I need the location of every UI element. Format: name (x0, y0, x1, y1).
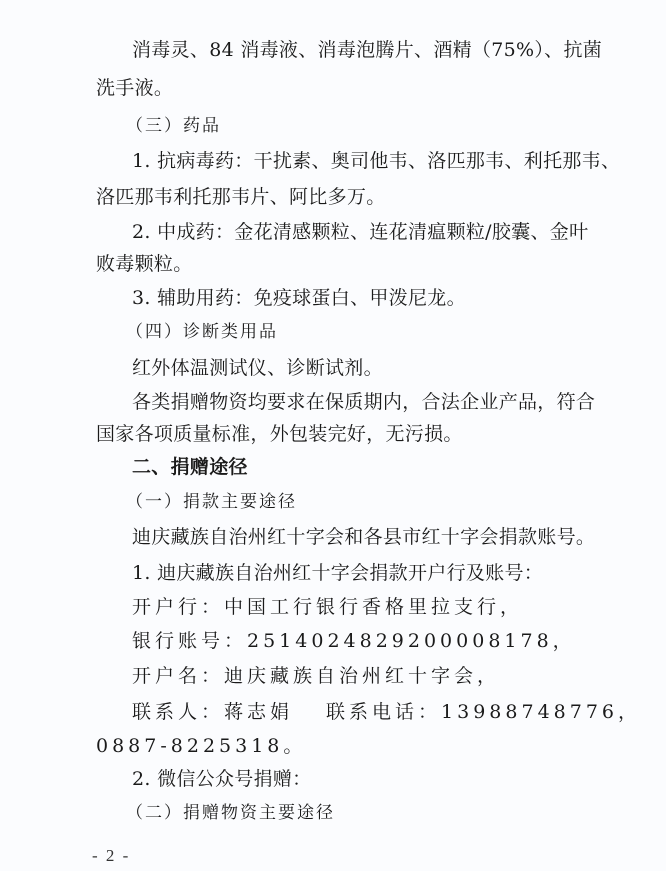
paragraph-tcm: 2. 中成药：金花清感颗粒、连花清瘟颗粒/胶囊、金叶 (132, 220, 612, 244)
paragraph-account-heading: 1. 迪庆藏族自治州红十字会捐款开户行及账号： (132, 561, 612, 585)
section-heading-diagnostics: （四）诊断类用品 (126, 320, 606, 344)
paragraph-tcm-cont: 败毒颗粒。 (96, 252, 576, 276)
account-holder-name: 开户名：迪庆藏族自治州红十字会， (132, 664, 612, 688)
bank-name: 开户行：中国工行银行香格里拉支行， (132, 595, 612, 619)
paragraph-accounts-intro: 迪庆藏族自治州红十字会和各县市红十字会捐款账号。 (132, 525, 612, 549)
page-number: - 2 - (92, 846, 130, 866)
paragraph-wechat-donation: 2. 微信公众号捐赠： (132, 767, 612, 791)
paragraph-quality-cont: 国家各项质量标准，外包装完好，无污损。 (96, 422, 576, 446)
document-page: 消毒灵、84 消毒液、消毒泡腾片、酒精（75%）、抗菌 洗手液。 （三）药品 1… (0, 0, 666, 871)
paragraph-disinfectants: 消毒灵、84 消毒液、消毒泡腾片、酒精（75%）、抗菌 (132, 38, 612, 62)
paragraph-quality: 各类捐赠物资均要求在保质期内，合法企业产品，符合 (132, 390, 612, 414)
chapter-heading-donation-channels: 二、捐赠途径 (132, 455, 612, 479)
paragraph-antiviral: 1. 抗病毒药：干扰素、奥司他韦、洛匹那韦、利托那韦、 (132, 149, 612, 173)
bank-account-number: 银行账号：2514024829200008178， (132, 629, 612, 653)
paragraph-disinfectants-cont: 洗手液。 (96, 76, 576, 100)
contact-phone-cont: 0887-8225318。 (96, 734, 576, 758)
section-heading-material-donation: （二）捐赠物资主要途径 (126, 801, 606, 825)
paragraph-adjuvant: 3. 辅助用药：免疫球蛋白、甲泼尼龙。 (132, 286, 612, 310)
section-heading-monetary-donation: （一）捐款主要途径 (126, 490, 606, 514)
contact-info: 联系人：蒋志娟 联系电话：13988748776， (132, 700, 612, 724)
paragraph-antiviral-cont: 洛匹那韦利托那韦片、阿比多万。 (96, 185, 576, 209)
paragraph-diagnostics: 红外体温测试仪、诊断试剂。 (132, 356, 612, 380)
section-heading-medicines: （三）药品 (126, 114, 606, 138)
